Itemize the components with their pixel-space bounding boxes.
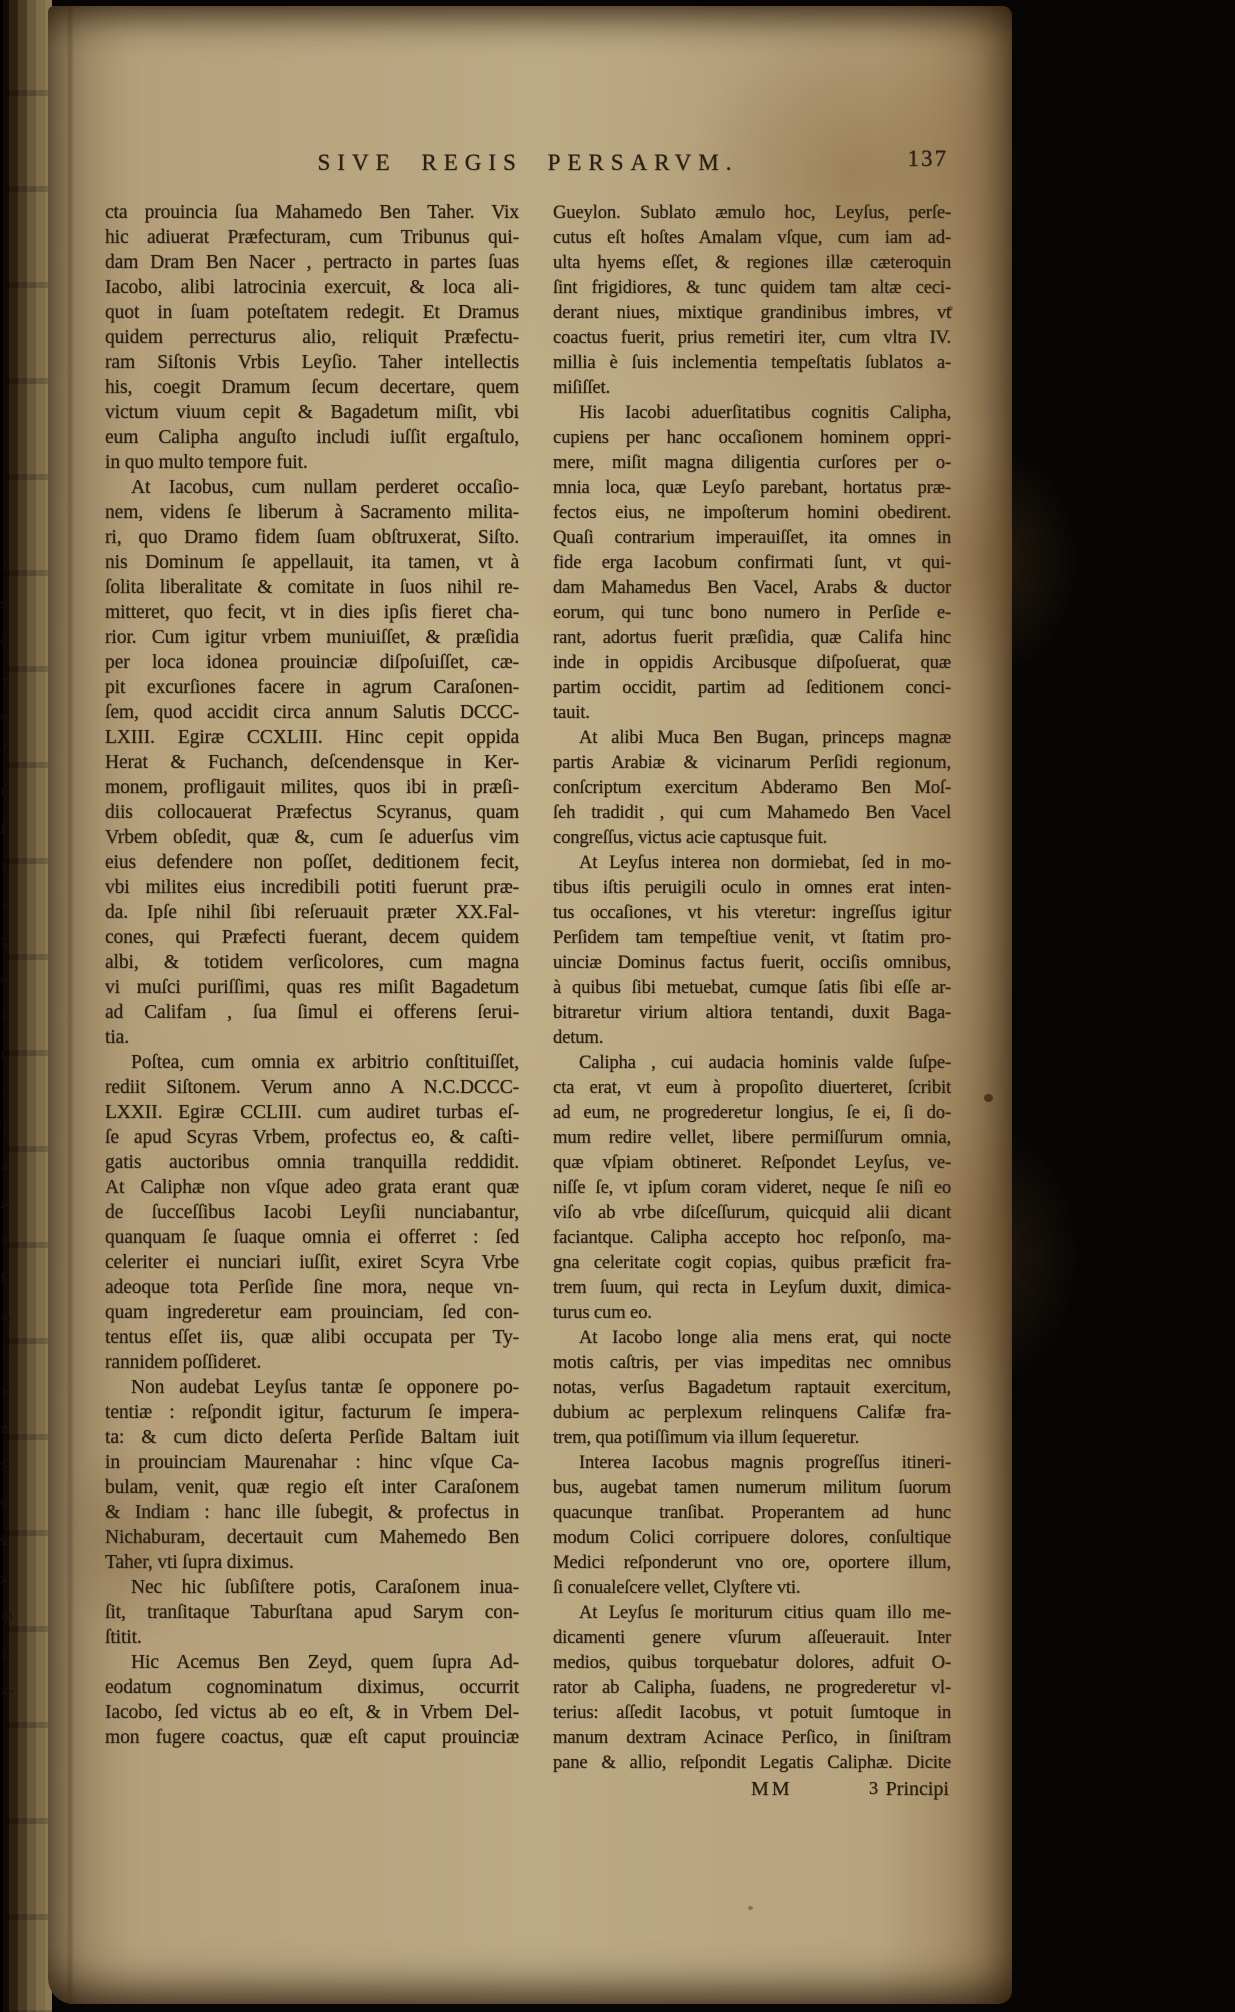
text-line: trem ſuum, qui recta in Leyſum duxit, di… bbox=[553, 1275, 951, 1300]
text-line: quanquam ſe ſuaque omnia ei offerret : ſ… bbox=[105, 1225, 519, 1250]
text-line: albi, & totidem verſicolores, cum magna bbox=[105, 950, 519, 975]
text-line: turus cum eo. bbox=[553, 1300, 951, 1325]
bleedthrough-fragment: t bbox=[0, 548, 17, 586]
text-line: tibus iſtis peruigili oculo in omnes era… bbox=[553, 875, 951, 900]
text-line: à quibus ſibi metuebat, cumque ſatis ſib… bbox=[553, 975, 951, 1000]
text-line: motis caſtris, per vias impeditas nec om… bbox=[553, 1350, 951, 1375]
text-line: viſo ab vrbe diſceſſurum, quicquid alii … bbox=[553, 1200, 951, 1225]
text-line: At Leyſus ſe moriturum citius quam illo … bbox=[553, 1600, 951, 1625]
bleedthrough-fragment: li- bbox=[0, 1636, 17, 1674]
text-line: eodatum cognominatum diximus, occurrit bbox=[105, 1675, 519, 1700]
text-line: Iacobo, alibi latrocinia exercuit, & loc… bbox=[105, 275, 519, 300]
bleedthrough-fragment: r bbox=[0, 736, 17, 774]
bleedthrough-fragment: & bbox=[0, 1523, 17, 1561]
bleedthrough-fragment: i- bbox=[0, 1073, 17, 1111]
text-line: quam ingrederetur eam prouinciam, ſed co… bbox=[105, 1300, 519, 1325]
text-line: Medici reſponderunt vno ore, oportere il… bbox=[553, 1550, 951, 1575]
text-line: miſiſſet. bbox=[553, 375, 951, 400]
bleedthrough-fragment: d bbox=[0, 1261, 17, 1299]
text-line: diis collocauerat Præfectus Scyranus, qu… bbox=[105, 800, 519, 825]
text-line: detum. bbox=[553, 1025, 951, 1050]
bleedthrough-fragments: teki-a-rnditi-n,a-tiui-f-tau-ordla,il-ti… bbox=[0, 548, 17, 1711]
text-line: millia è ſuis inclementia tempeſtatis ſu… bbox=[553, 350, 951, 375]
text-line: conſcriptum exercitum Abderamo Ben Moſ- bbox=[553, 775, 951, 800]
text-line: inde in oppidis Arcibusque diſpoſuerat, … bbox=[553, 650, 951, 675]
text-line: trem, qua potiſſimum via illum ſequeretu… bbox=[553, 1425, 951, 1450]
text-line: medios, quibus torquebatur dolores, adfu… bbox=[553, 1650, 951, 1675]
text-line: congreſſus, victus acie captusque fuit. bbox=[553, 825, 951, 850]
text-line: At Caliphæ non vſque adeo grata erant qu… bbox=[105, 1175, 519, 1200]
text-line: ſtitit. bbox=[105, 1625, 519, 1650]
text-line: cta prouincia ſua Mahamedo Ben Taher. Vi… bbox=[105, 200, 519, 225]
text-line: Herat & Fuchanch, deſcendensque in Ker- bbox=[105, 750, 519, 775]
bleedthrough-fragment: o- bbox=[0, 1448, 17, 1486]
bleedthrough-fragment: a- bbox=[0, 698, 17, 736]
bleedthrough-fragment: u- bbox=[0, 1186, 17, 1224]
text-line: Calipha , cui audacia hominis valde ſuſp… bbox=[553, 1050, 951, 1075]
bleedthrough-fragment: & bbox=[0, 1486, 17, 1524]
text-line: mnia loca, quæ Leyſo parebant, hortatus … bbox=[553, 475, 951, 500]
text-line: gna celeritate cogit copias, quibus præf… bbox=[553, 1250, 951, 1275]
bleedthrough-fragment: ti bbox=[0, 998, 17, 1036]
text-line: Vrbem obſedit, quæ &, cum ſe aduerſus vi… bbox=[105, 825, 519, 850]
text-line: At Leyſus interea non dormiebat, ſed in … bbox=[553, 850, 951, 875]
bleedthrough-fragment: b. bbox=[0, 1561, 17, 1599]
text-line: derant niues, mixtique grandinibus imbre… bbox=[553, 300, 951, 325]
text-line: monem, profligauit milites, quos ibi in … bbox=[105, 775, 519, 800]
text-line: Non audebat Leyſus tantæ ſe opponere po- bbox=[105, 1375, 519, 1400]
signature-line: MM 3 Principi bbox=[553, 1778, 951, 1804]
text-line: ſint frigidiores, & tunc quidem tam altæ… bbox=[553, 275, 951, 300]
text-line: tia. bbox=[105, 1025, 519, 1050]
text-line: ad eum, ne progrederetur longius, ſe ei,… bbox=[553, 1100, 951, 1125]
bleedthrough-fragment: i- bbox=[0, 661, 17, 699]
text-line: Perſidem tam tempeſtiue venit, vt ſtatim… bbox=[553, 925, 951, 950]
text-line: His Iacobi aduerſitatibus cognitis Calip… bbox=[553, 400, 951, 425]
text-line: ſi conualeſcere vellet, Clyſtere vti. bbox=[553, 1575, 951, 1600]
text-line: eius defendere non poſſet, deditionem fe… bbox=[105, 850, 519, 875]
catchword: Principi bbox=[886, 1778, 949, 1801]
text-line: Iacobo, ſed victus ab eo eſt, & in Vrbem… bbox=[105, 1700, 519, 1725]
gutter-crease bbox=[66, 6, 74, 2004]
text-line: Gueylon. Sublato æmulo hoc, Leyſus, perſ… bbox=[553, 200, 951, 225]
text-line: ſolita liberalitate & comitate in ſuos n… bbox=[105, 575, 519, 600]
text-line: Nec hic ſubſiſtere potis, Caraſonem inua… bbox=[105, 1575, 519, 1600]
text-line: his, coegit Dramum ſecum decertare, quem bbox=[105, 375, 519, 400]
text-line: dam Dram Ben Nacer , pertracto in partes… bbox=[105, 250, 519, 275]
text-line: mitteret, quo fecit, vt in dies ipſis fi… bbox=[105, 600, 519, 625]
bleedthrough-fragment: or bbox=[0, 1223, 17, 1261]
text-line: rior. Cum igitur vrbem muniuiſſet, & præ… bbox=[105, 625, 519, 650]
text-line: eorum, qui tunc bono numero in Perſide e… bbox=[553, 600, 951, 625]
text-line: Hic Acemus Ben Zeyd, quem ſupra Ad- bbox=[105, 1650, 519, 1675]
text-line: dicamenti genere vſurum aſſeuerauit. Int… bbox=[553, 1625, 951, 1650]
ink-speck bbox=[748, 1906, 753, 1910]
text-line: quidem perrecturus alio, reliquit Præfec… bbox=[105, 325, 519, 350]
text-line: nis Dominum ſe appellauit, ita tamen, vt… bbox=[105, 550, 519, 575]
text-line: gatis auctoribus omnia tranquilla reddid… bbox=[105, 1150, 519, 1175]
text-line: tentus eſſet iis, quæ alibi occupata per… bbox=[105, 1325, 519, 1350]
text-line: ri, quo Dramo fidem ſuam obſtruxerat, Si… bbox=[105, 525, 519, 550]
scanned-book-photo: teki-a-rnditi-n,a-tiui-f-tau-ordla,il-ti… bbox=[0, 0, 1235, 2012]
bleedthrough-fragment: i- bbox=[0, 886, 17, 924]
text-line: ſem, quod accidit circa annum Salutis DC… bbox=[105, 700, 519, 725]
page-number: 137 bbox=[908, 146, 949, 172]
text-line: mum redire vellet, libere permiſſurum om… bbox=[553, 1125, 951, 1150]
text-line: in quo multo tempore fuit. bbox=[105, 450, 519, 475]
text-line: fide erga Iacobum confirmati ſunt, vt qu… bbox=[553, 550, 951, 575]
text-line: ad Califam , ſua ſimul ei offerens ſerui… bbox=[105, 1000, 519, 1025]
text-line: de ſucceſſibus Iacobi Leyſii nunciabantu… bbox=[105, 1200, 519, 1225]
text-line: Poſtea, cum omnia ex arbitrio conſtituiſ… bbox=[105, 1050, 519, 1075]
text-line: vbi milites eius incredibili potiti fuer… bbox=[105, 875, 519, 900]
text-line: rator ab Calipha, ſuadens, ne progredere… bbox=[553, 1675, 951, 1700]
text-line: cutus eſt hoſtes Amalam vſque, cum iam a… bbox=[553, 225, 951, 250]
text-line: ſeh tradidit , qui cum Mahamedo Ben Vace… bbox=[553, 800, 951, 825]
text-line: ta: & cum dicto deſerta Perſide Baltam i… bbox=[105, 1425, 519, 1450]
text-line: vi muſci puriſſimi, quas res miſit Bagad… bbox=[105, 975, 519, 1000]
text-line: cta erat, vt eum à propoſito diuerteret,… bbox=[553, 1075, 951, 1100]
text-column-left: cta prouincia ſua Mahamedo Ben Taher. Vi… bbox=[105, 200, 519, 1750]
running-head: SIVE REGIS PERSARVM. bbox=[103, 150, 953, 176]
text-line: quæ vſpiam obtineret. Reſpondet Leyſus, … bbox=[553, 1150, 951, 1175]
text-line: At Iacobo longe alia mens erat, qui noct… bbox=[553, 1325, 951, 1350]
text-line: hic adiuerat Præfecturam, cum Tribunus q… bbox=[105, 225, 519, 250]
bleedthrough-fragment: u bbox=[0, 1036, 17, 1074]
text-line: dubium ac perplexum relinquens Califæ fr… bbox=[553, 1400, 951, 1425]
bleedthrough-fragment: ti- bbox=[0, 1373, 17, 1411]
text-line: dam Mahamedus Ben Vacel, Arabs & ductor bbox=[553, 575, 951, 600]
text-line: tus occaſiones, vt his vteretur: ingreſſ… bbox=[553, 900, 951, 925]
text-line: celeriter ei nunciari iuſſit, exiret Scy… bbox=[105, 1250, 519, 1275]
text-line: pit excurſiones facere in agrum Caraſone… bbox=[105, 675, 519, 700]
text-line: uinciæ Dominus factus fuerit, occiſis om… bbox=[553, 950, 951, 975]
text-line: & Indiam : hanc ille ſubegit, & profectu… bbox=[105, 1500, 519, 1525]
bleedthrough-fragment: a- bbox=[0, 961, 17, 999]
signature-mark: MM bbox=[751, 1778, 793, 1801]
text-line: notas, verſus Bagadetum raptauit exercit… bbox=[553, 1375, 951, 1400]
text-line: coactus fuerit, prius remetiri iter, cum… bbox=[553, 325, 951, 350]
book-page: SIVE REGIS PERSARVM. 137 cta prouincia ſ… bbox=[48, 6, 1012, 2004]
bleedthrough-fragment: il- bbox=[0, 1336, 17, 1374]
text-line: modum Colici corripuere dolores, conſult… bbox=[553, 1525, 951, 1550]
text-line: At alibi Muca Ben Bugan, princeps magnæ bbox=[553, 725, 951, 750]
text-line: da. Ipſe nihil ſibi reſeruauit præter XX… bbox=[105, 900, 519, 925]
text-line: Taher, vti ſupra diximus. bbox=[105, 1550, 519, 1575]
bleedthrough-fragment: n bbox=[0, 773, 17, 811]
text-line: faciantque. Calipha accepto hoc reſponſo… bbox=[553, 1225, 951, 1250]
text-line: quot in ſuam poteſtatem redegit. Et Dram… bbox=[105, 300, 519, 325]
text-line: cones, qui Præfecti fuerant, decem quide… bbox=[105, 925, 519, 950]
bleedthrough-fragment: ta bbox=[0, 1148, 17, 1186]
ink-speck bbox=[984, 1094, 993, 1102]
text-line: victum viuum cepit & Bagadetum miſit, vb… bbox=[105, 400, 519, 425]
text-line: ram Siſtonis Vrbis Leyſio. Taher intelle… bbox=[105, 350, 519, 375]
text-line: fectos eius, ne impoſterum homini obedir… bbox=[553, 500, 951, 525]
text-line: tauit. bbox=[553, 700, 951, 725]
text-line: terius: aſſedit Iacobus, vt potuit ſumto… bbox=[553, 1700, 951, 1725]
signature-number: 3 bbox=[869, 1778, 878, 1799]
text-line: Nichaburam, decertauit cum Mahemedo Ben bbox=[105, 1525, 519, 1550]
bleedthrough-fragment: k bbox=[0, 623, 17, 661]
text-line: mon fugere coactus, quæ eſt caput prouin… bbox=[105, 1725, 519, 1750]
text-line: eum Calipha anguſto includi iuſſit ergaſ… bbox=[105, 425, 519, 450]
text-line: rediit Siſtonem. Verum anno A N.C.DCCC- bbox=[105, 1075, 519, 1100]
text-line: manum dextram Acinace Perſico, in ſiniſt… bbox=[553, 1725, 951, 1750]
text-line: LXIII. Egiræ CCXLIII. Hinc cepit oppida bbox=[105, 725, 519, 750]
bleedthrough-fragment: d bbox=[0, 811, 17, 849]
bleedthrough-fragment: la, bbox=[0, 1298, 17, 1336]
text-line: quacunque tranſibat. Properantem ad hunc bbox=[553, 1500, 951, 1525]
bleedthrough-fragment: f- bbox=[0, 1111, 17, 1149]
text-line: bulam, venit, quæ regio eſt inter Caraſo… bbox=[105, 1475, 519, 1500]
text-line: Interea Iacobus magnis progreſſus itiner… bbox=[553, 1450, 951, 1475]
text-line: LXXII. Egiræ CCLIII. cum audiret turbas … bbox=[105, 1100, 519, 1125]
text-line: Quaſi contrarium imperauiſſet, ita omnes… bbox=[553, 525, 951, 550]
text-line: rannidem poſſideret. bbox=[105, 1350, 519, 1375]
text-line: pane & allio, reſpondit Legatis Caliphæ.… bbox=[553, 1750, 951, 1775]
text-line: ſe apud Scyras Vrbem, profectus eo, & ca… bbox=[105, 1125, 519, 1150]
text-line: in prouinciam Maurenahar : hinc vſque Ca… bbox=[105, 1450, 519, 1475]
text-line: tentiæ : reſpondit igitur, facturum ſe i… bbox=[105, 1400, 519, 1425]
text-line: ulta hyems eſſet, & regiones illæ cætero… bbox=[553, 250, 951, 275]
text-line: mere, miſit magna diligentia curſores pe… bbox=[553, 450, 951, 475]
text-line: niſſe ſe, vt ipſum coram videret, neque … bbox=[553, 1175, 951, 1200]
bleedthrough-fragment: e bbox=[0, 586, 17, 624]
bleedthrough-fragment: or- bbox=[0, 1673, 17, 1711]
text-line: bus, augebat tamen numerum militum ſuoru… bbox=[553, 1475, 951, 1500]
text-line: per loca idonea prouinciæ diſpoſuiſſet, … bbox=[105, 650, 519, 675]
text-line: At Iacobus, cum nullam perderet occaſio- bbox=[105, 475, 519, 500]
text-line: rant, adortus fuerit præſidia, quæ Calif… bbox=[553, 625, 951, 650]
text-line: partim occidit, partim ad ſeditionem con… bbox=[553, 675, 951, 700]
bleedthrough-fragment: im bbox=[0, 1598, 17, 1636]
text-line: bitraretur virium altiora tentandi, duxi… bbox=[553, 1000, 951, 1025]
text-line: cupiens per hanc occaſionem hominem oppr… bbox=[553, 425, 951, 450]
bleedthrough-fragment: n, bbox=[0, 923, 17, 961]
text-line: ſit, tranſitaque Taburſtana apud Sarym c… bbox=[105, 1600, 519, 1625]
text-line: adeoque tota Perſide ſine mora, neque vn… bbox=[105, 1275, 519, 1300]
text-line: nem, videns ſe liberum à Sacramento mili… bbox=[105, 500, 519, 525]
bleedthrough-fragment: it bbox=[0, 848, 17, 886]
text-column-right: Gueylon. Sublato æmulo hoc, Leyſus, perſ… bbox=[553, 200, 951, 1775]
text-line: partis Arabiæ & vicinarum Perſidi region… bbox=[553, 750, 951, 775]
bleedthrough-fragment: m bbox=[0, 1411, 17, 1449]
